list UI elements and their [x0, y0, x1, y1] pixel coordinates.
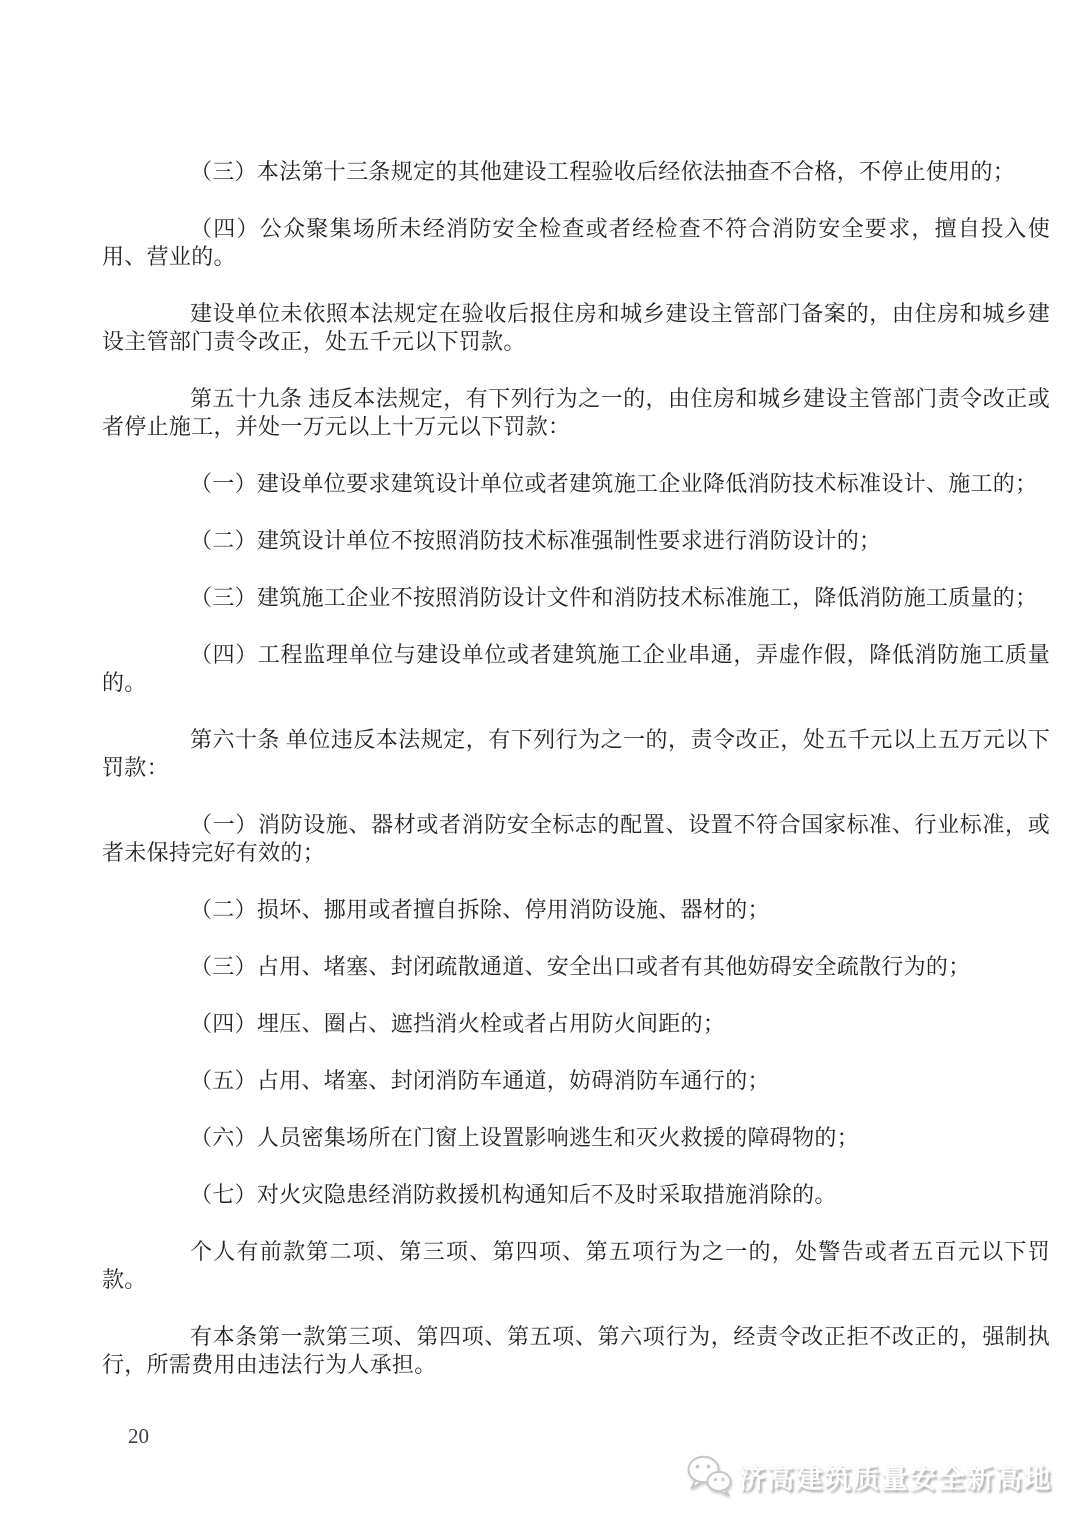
paragraph: （二）建筑设计单位不按照消防技术标准强制性要求进行消防设计的；	[102, 527, 1050, 555]
paragraph: （二）损坏、挪用或者擅自拆除、停用消防设施、器材的；	[102, 896, 1050, 924]
paragraph: （四）埋压、圈占、遮挡消火栓或者占用防火间距的；	[102, 1010, 1050, 1038]
paragraph: （一）建设单位要求建筑设计单位或者建筑施工企业降低消防技术标准设计、施工的；	[102, 470, 1050, 498]
document-body: （三）本法第十三条规定的其他建设工程验收后经依法抽查不合格，不停止使用的； （四…	[102, 158, 1050, 1408]
paragraph: 有本条第一款第三项、第四项、第五项、第六项行为，经责令改正拒不改正的，强制执行，…	[102, 1323, 1050, 1379]
paragraph: （三）占用、堵塞、封闭疏散通道、安全出口或者有其他妨碍安全疏散行为的；	[102, 953, 1050, 981]
paragraph-article-59: 第五十九条 违反本法规定，有下列行为之一的，由住房和城乡建设主管部门责令改正或者…	[102, 385, 1050, 441]
page-number: 20	[128, 1424, 149, 1449]
paragraph: （三）建筑施工企业不按照消防设计文件和消防技术标准施工，降低消防施工质量的；	[102, 584, 1050, 612]
paragraph: （五）占用、堵塞、封闭消防车通道，妨碍消防车通行的；	[102, 1067, 1050, 1095]
paragraph: 建设单位未依照本法规定在验收后报住房和城乡建设主管部门备案的，由住房和城乡建设主…	[102, 300, 1050, 356]
paragraph: （三）本法第十三条规定的其他建设工程验收后经依法抽查不合格，不停止使用的；	[102, 158, 1050, 186]
wechat-watermark: 济高建筑质量安全新高地	[686, 1450, 1053, 1502]
watermark-text: 济高建筑质量安全新高地	[739, 1457, 1053, 1496]
document-page: （三）本法第十三条规定的其他建设工程验收后经依法抽查不合格，不停止使用的； （四…	[0, 0, 1080, 1527]
wechat-logo-icon	[686, 1453, 732, 1499]
paragraph: （四）工程监理单位与建设单位或者建筑施工企业串通，弄虚作假，降低消防施工质量的。	[102, 641, 1050, 697]
paragraph: 个人有前款第二项、第三项、第四项、第五项行为之一的，处警告或者五百元以下罚款。	[102, 1238, 1050, 1294]
paragraph-article-60: 第六十条 单位违反本法规定，有下列行为之一的，责令改正，处五千元以上五万元以下罚…	[102, 726, 1050, 782]
paragraph: （一）消防设施、器材或者消防安全标志的配置、设置不符合国家标准、行业标准，或者未…	[102, 811, 1050, 867]
paragraph: （六）人员密集场所在门窗上设置影响逃生和灭火救援的障碍物的；	[102, 1124, 1050, 1152]
paragraph: （四）公众聚集场所未经消防安全检查或者经检查不符合消防安全要求，擅自投入使用、营…	[102, 215, 1050, 271]
paragraph: （七）对火灾隐患经消防救援机构通知后不及时采取措施消除的。	[102, 1181, 1050, 1209]
